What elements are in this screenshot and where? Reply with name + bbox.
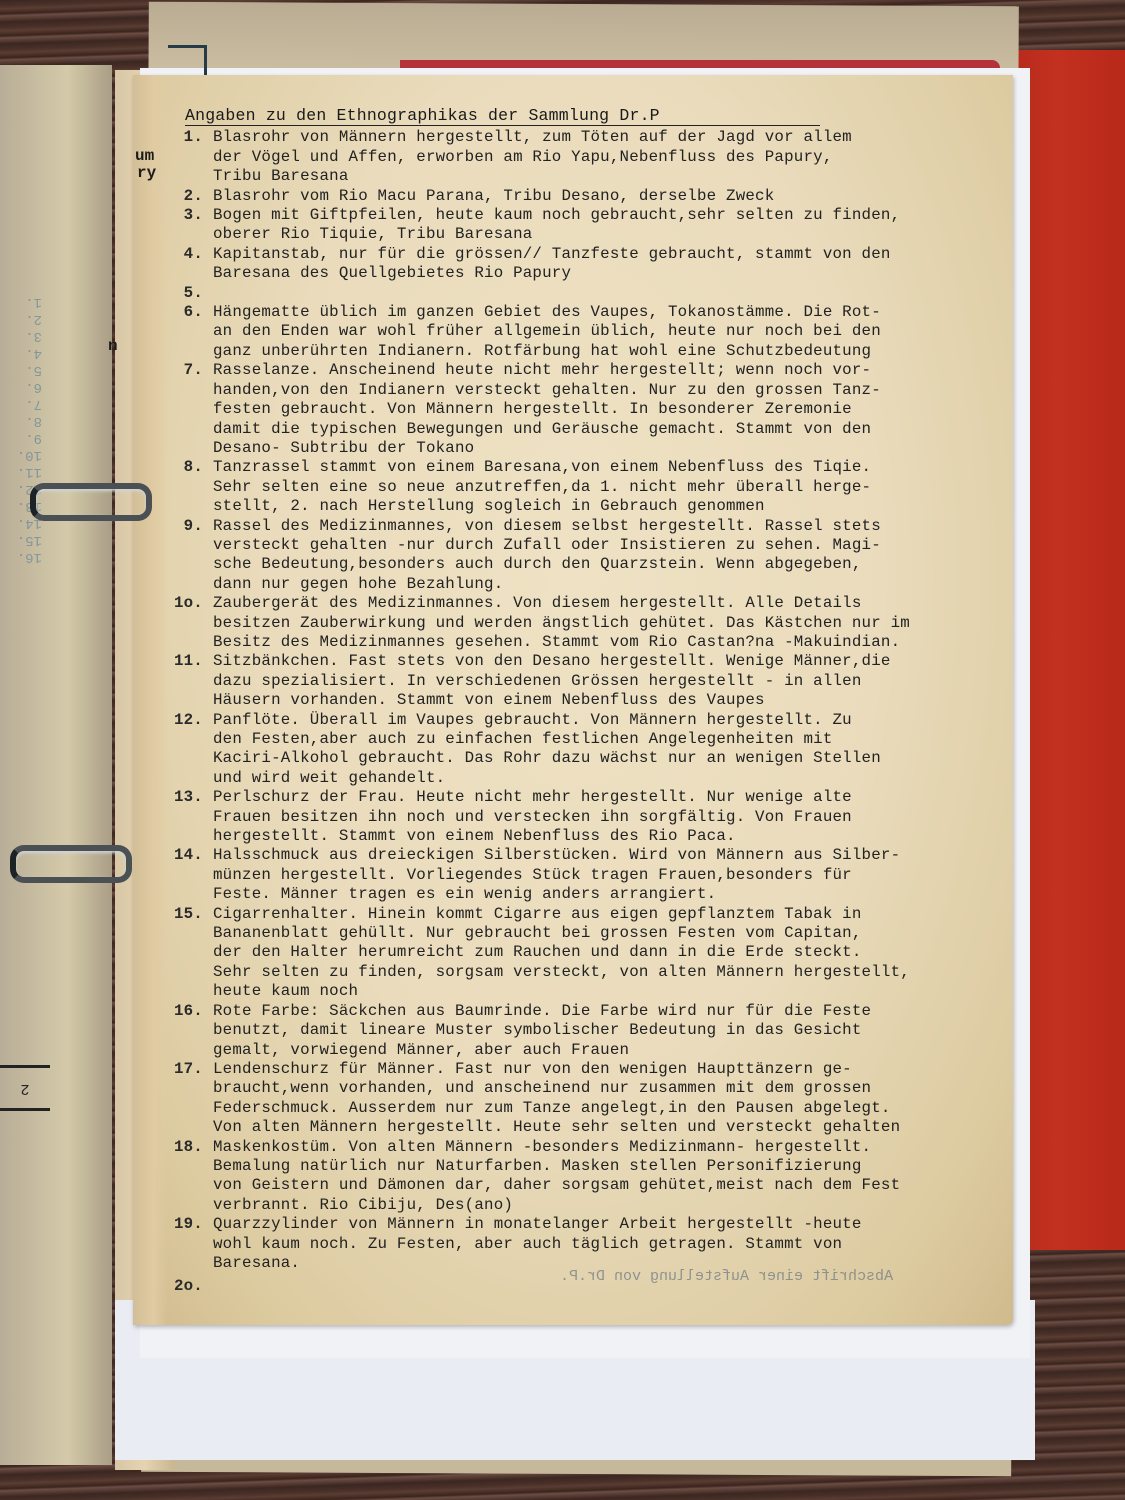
list-item: 7.Rasselanze. Anscheinend heute nicht me… (155, 361, 1015, 458)
list-item: 11.Sitzbänkchen. Fast stets von den Desa… (155, 652, 1015, 710)
left-page-number: 8. (2, 414, 42, 428)
item-description: Hängematte üblich im ganzen Gebiet des V… (213, 303, 1015, 361)
item-number: 1o. (155, 594, 213, 652)
item-line: Kapitanstab, nur für die grössen// Tanzf… (213, 245, 1015, 264)
item-line: an den Enden war wohl früher allgemein ü… (213, 322, 1015, 341)
item-description: Rote Farbe: Säckchen aus Baumrinde. Die … (213, 1002, 1015, 1060)
item-description: Quarzzylinder von Männern in monatelange… (213, 1215, 1015, 1273)
left-page-number: 3. (2, 329, 42, 343)
item-line: gemalt, vorwiegend Männer, aber auch Fra… (213, 1041, 1015, 1060)
left-page-number: 9. (2, 431, 42, 445)
item-line: Cigarrenhalter. Hinein kommt Cigarre aus… (213, 905, 1015, 924)
list-item: 5. (155, 284, 1015, 303)
item-line: Tanzrassel stammt von einem Baresana,von… (213, 458, 1015, 477)
item-line: Bemalung natürlich nur Naturfarben. Mask… (213, 1157, 1015, 1176)
item-line: Frauen besitzen ihn noch und verstecken … (213, 808, 1015, 827)
item-line: den Festen,aber auch zu einfachen festli… (213, 730, 1015, 749)
left-page-number: 16. (2, 550, 42, 564)
item-line: der Vögel und Affen, erworben am Rio Yap… (213, 148, 1015, 167)
left-page-number: 6. (2, 380, 42, 394)
item-number: 13. (155, 788, 213, 846)
footer-item-number: 2o. (155, 1277, 213, 1296)
item-line: benutzt, damit lineare Muster symbolisch… (213, 1021, 1015, 1040)
item-line: versteckt gehalten -nur durch Zufall ode… (213, 536, 1015, 555)
item-description (213, 284, 1015, 303)
item-line: Baresana des Quellgebietes Rio Papury (213, 264, 1015, 283)
item-description: Rasselanze. Anscheinend heute nicht mehr… (213, 361, 1015, 458)
item-line: Rote Farbe: Säckchen aus Baumrinde. Die … (213, 1002, 1015, 1021)
binder-ring-icon (30, 483, 152, 521)
item-description: Perlschurz der Frau. Heute nicht mehr he… (213, 788, 1015, 846)
item-number: 7. (155, 361, 213, 458)
item-number: 2. (155, 187, 213, 206)
item-line: dann nur gegen hohe Bezahlung. (213, 575, 1015, 594)
item-line: Quarzzylinder von Männern in monatelange… (213, 1215, 1015, 1234)
item-line: Von alten Männern hergestellt. Heute seh… (213, 1118, 1015, 1137)
list-item: 12.Panflöte. Überall im Vaupes gebraucht… (155, 711, 1015, 789)
item-description: Cigarrenhalter. Hinein kommt Cigarre aus… (213, 905, 1015, 1002)
left-page-number: 7. (2, 397, 42, 411)
item-description: Lendenschurz für Männer. Fast nur von de… (213, 1060, 1015, 1138)
item-line: Blasrohr vom Rio Macu Parana, Tribu Desa… (213, 187, 1015, 206)
left-page-number: 1. (2, 295, 42, 309)
paper-clip-icon (168, 45, 207, 76)
list-item: 3.Bogen mit Giftpfeilen, heute kaum noch… (155, 206, 1015, 245)
list-item: 9.Rassel des Medizinmannes, von diesem s… (155, 517, 1015, 595)
left-page-number: 4. (2, 346, 42, 360)
margin-fragment: um (135, 147, 154, 165)
item-line: von Geistern und Dämonen dar, daher sorg… (213, 1176, 1015, 1195)
item-line: Panflöte. Überall im Vaupes gebraucht. V… (213, 711, 1015, 730)
item-number: 4. (155, 245, 213, 284)
item-line: damit die typischen Bewegungen und Geräu… (213, 420, 1015, 439)
item-number: 11. (155, 652, 213, 710)
item-number: 17. (155, 1060, 213, 1138)
item-line: Rasselanze. Anscheinend heute nicht mehr… (213, 361, 1015, 380)
item-line: münzen hergestellt. Vorliegendes Stück t… (213, 866, 1015, 885)
item-line: Sehr selten eine so neue anzutreffen,da … (213, 478, 1015, 497)
item-number: 3. (155, 206, 213, 245)
item-number: 5. (155, 284, 213, 303)
item-line: verbrannt. Rio Cibiju, Des(ano) (213, 1196, 1015, 1215)
list-item: 18.Maskenkostüm. Von alten Männern -beso… (155, 1138, 1015, 1216)
list-item: 13.Perlschurz der Frau. Heute nicht mehr… (155, 788, 1015, 846)
item-description: Halsschmuck aus dreieckigen Silberstücke… (213, 846, 1015, 904)
item-description: Rassel des Medizinmannes, von diesem sel… (213, 517, 1015, 595)
item-line: Tribu Baresana (213, 167, 1015, 186)
item-line: Hängematte üblich im ganzen Gebiet des V… (213, 303, 1015, 322)
item-number: 16. (155, 1002, 213, 1060)
item-line: Blasrohr von Männern hergestellt, zum Tö… (213, 128, 1015, 147)
item-number: 1. (155, 128, 213, 186)
item-line: Kaciri-Alkohol gebraucht. Das Rohr dazu … (213, 749, 1015, 768)
left-page-number: 2. (2, 312, 42, 326)
item-line: hergestellt. Stammt von einem Nebenfluss… (213, 827, 1015, 846)
item-line: wohl kaum noch. Zu Festen, aber auch täg… (213, 1235, 1015, 1254)
item-description: Tanzrassel stammt von einem Baresana,von… (213, 458, 1015, 516)
document-title: Angaben zu den Ethnographikas der Sammlu… (185, 106, 820, 126)
left-binder-page: 1.2.3.4.5.6.7.8.9.10.11.12.13.14.15.16. … (0, 65, 112, 1465)
list-item: 1.Blasrohr von Männern hergestellt, zum … (155, 128, 1015, 186)
item-number: 19. (155, 1215, 213, 1273)
item-number: 9. (155, 517, 213, 595)
item-description: Blasrohr vom Rio Macu Parana, Tribu Desa… (213, 187, 1015, 206)
item-line: Häusern vorhanden. Stammt von einem Nebe… (213, 691, 1015, 710)
item-number: 15. (155, 905, 213, 1002)
item-number: 12. (155, 711, 213, 789)
left-page-number: 10. (2, 448, 42, 462)
item-line: Feste. Männer tragen es ein wenig anders… (213, 885, 1015, 904)
margin-fragment: n (108, 337, 118, 355)
list-item: 19.Quarzzylinder von Männern in monatela… (155, 1215, 1015, 1273)
item-line: besitzen Zauberwirkung und werden ängstl… (213, 614, 1015, 633)
item-line: Sehr selten zu finden, sorgsam versteckt… (213, 963, 1015, 982)
list-item: 17.Lendenschurz für Männer. Fast nur von… (155, 1060, 1015, 1138)
left-page-number: 11. (2, 465, 42, 479)
item-line: handen,von den Indianern versteckt gehal… (213, 381, 1015, 400)
list-item: 2.Blasrohr vom Rio Macu Parana, Tribu De… (155, 187, 1015, 206)
item-line: ganz unberührten Indianern. Rotfärbung h… (213, 342, 1015, 361)
item-line: und wird weit gehandelt. (213, 769, 1015, 788)
item-line: Sitzbänkchen. Fast stets von den Desano … (213, 652, 1015, 671)
item-line: Halsschmuck aus dreieckigen Silberstücke… (213, 846, 1015, 865)
margin-fragment: ry (137, 164, 156, 182)
item-line: dazu spezialisiert. In verschiedenen Grö… (213, 672, 1015, 691)
binder-ring-icon (10, 845, 132, 883)
item-description: Kapitanstab, nur für die grössen// Tanzf… (213, 245, 1015, 284)
item-description: Zaubergerät des Medizinmannes. Von diese… (213, 594, 1015, 652)
list-item: 14.Halsschmuck aus dreieckigen Silberstü… (155, 846, 1015, 904)
item-line: Rassel des Medizinmannes, von diesem sel… (213, 517, 1015, 536)
item-number: 8. (155, 458, 213, 516)
item-line: Federschmuck. Ausserdem nur zum Tanze an… (213, 1099, 1015, 1118)
left-page-number: 5. (2, 363, 42, 377)
left-page-tab: 2 (0, 1065, 50, 1111)
list-item: 8.Tanzrassel stammt von einem Baresana,v… (155, 458, 1015, 516)
item-line: Bananenblatt gehüllt. Nur gebraucht bei … (213, 924, 1015, 943)
item-line: Maskenkostüm. Von alten Männern -besonde… (213, 1138, 1015, 1157)
item-line: Bogen mit Giftpfeilen, heute kaum noch g… (213, 206, 1015, 225)
item-line: Besitz des Medizinmannes gesehen. Stammt… (213, 633, 1015, 652)
item-line: sche Bedeutung,besonders auch durch den … (213, 555, 1015, 574)
item-number: 14. (155, 846, 213, 904)
item-line: festen gebraucht. Von Männern hergestell… (213, 400, 1015, 419)
item-description: Bogen mit Giftpfeilen, heute kaum noch g… (213, 206, 1015, 245)
item-line: Perlschurz der Frau. Heute nicht mehr he… (213, 788, 1015, 807)
item-line (213, 284, 1015, 303)
list-item: 4.Kapitanstab, nur für die grössen// Tan… (155, 245, 1015, 284)
item-line: heute kaum noch (213, 982, 1015, 1001)
item-list: 1.Blasrohr von Männern hergestellt, zum … (155, 128, 1015, 1273)
item-number: 18. (155, 1138, 213, 1216)
item-line: Desano- Subtribu der Tokano (213, 439, 1015, 458)
item-line: Lendenschurz für Männer. Fast nur von de… (213, 1060, 1015, 1079)
left-page-number: 15. (2, 533, 42, 547)
list-item: 6.Hängematte üblich im ganzen Gebiet des… (155, 303, 1015, 361)
list-item: 1o.Zaubergerät des Medizinmannes. Von di… (155, 594, 1015, 652)
item-line: der den Halter herumreicht zum Rauchen u… (213, 943, 1015, 962)
item-line: Zaubergerät des Medizinmannes. Von diese… (213, 594, 1015, 613)
item-line: stellt, 2. nach Herstellung sogleich in … (213, 497, 1015, 516)
item-number: 6. (155, 303, 213, 361)
item-description: Blasrohr von Männern hergestellt, zum Tö… (213, 128, 1015, 186)
item-line: oberer Rio Tiquie, Tribu Baresana (213, 225, 1015, 244)
list-item: 15.Cigarrenhalter. Hinein kommt Cigarre … (155, 905, 1015, 1002)
mirrored-bleedthrough-caption: Abschrift einer Aufstellung von Dr.P. (560, 1268, 893, 1285)
item-description: Panflöte. Überall im Vaupes gebraucht. V… (213, 711, 1015, 789)
item-description: Maskenkostüm. Von alten Männern -besonde… (213, 1138, 1015, 1216)
item-line: braucht,wenn vorhanden, und anscheinend … (213, 1079, 1015, 1098)
item-description: Sitzbänkchen. Fast stets von den Desano … (213, 652, 1015, 710)
typewritten-document: Angaben zu den Ethnographikas der Sammlu… (155, 106, 1015, 1297)
list-item: 16.Rote Farbe: Säckchen aus Baumrinde. D… (155, 1002, 1015, 1060)
